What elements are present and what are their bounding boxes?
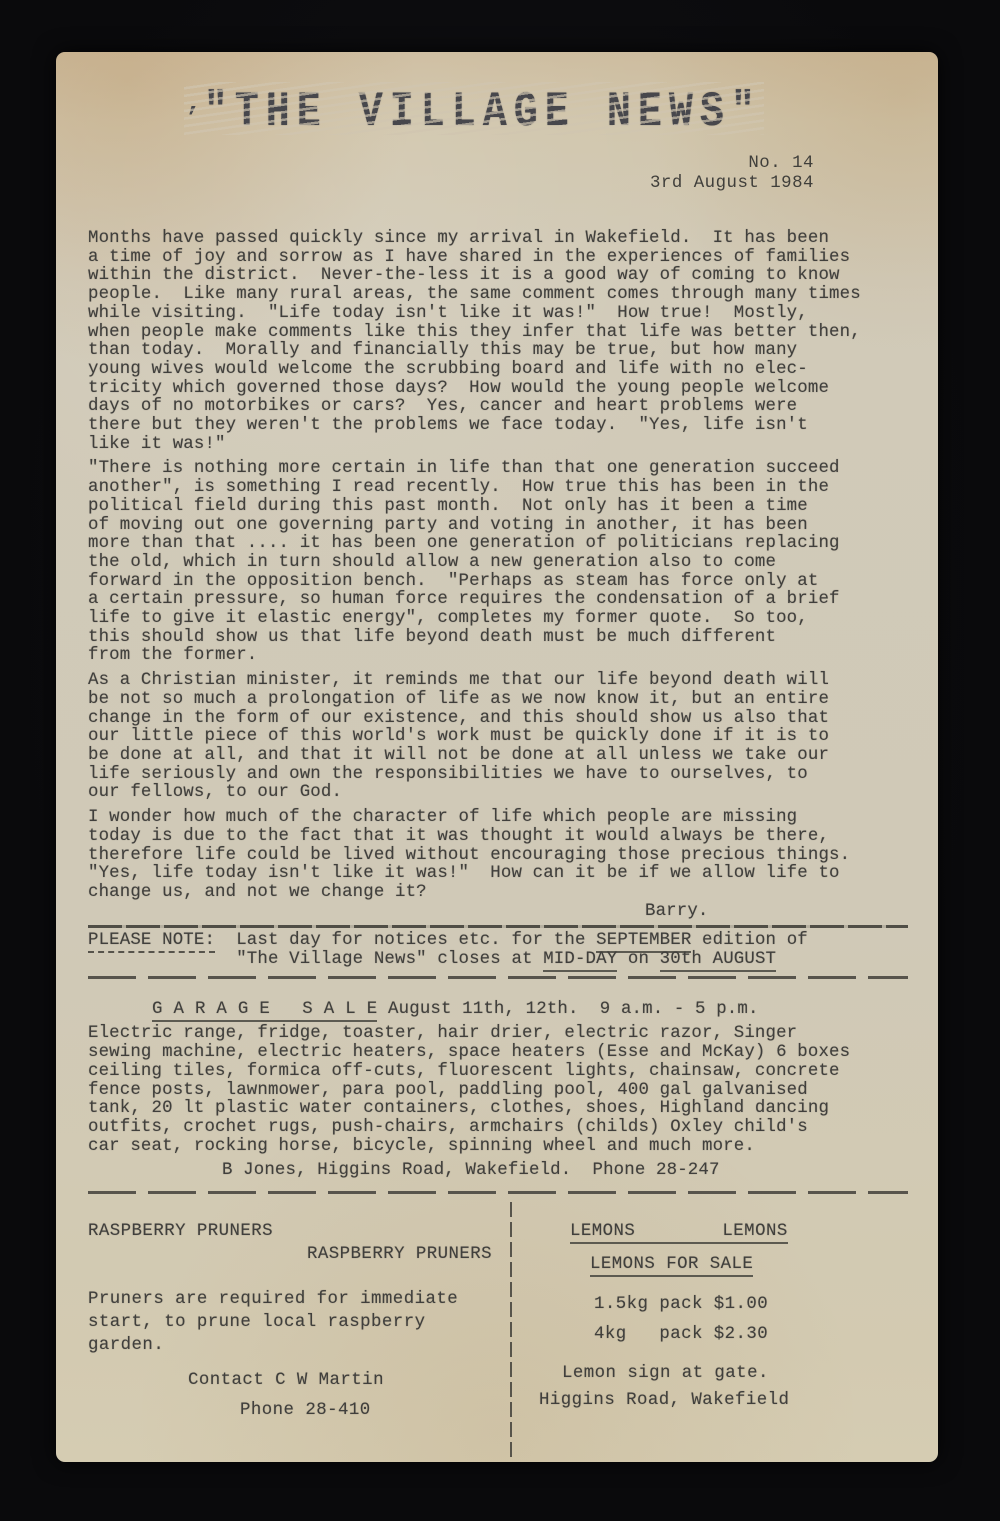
garage-sale-heading: G A R A G E S A L E August 11th, 12th. 9… (88, 1001, 908, 1020)
raspberry-title-repeat: RASPBERRY PRUNERS (307, 1243, 510, 1266)
lemons-note-1: Lemon sign at gate. (562, 1362, 908, 1385)
garage-sale-dates: August 11th, 12th. 9 a.m. - 5 p.m. (377, 1000, 758, 1019)
garage-sale-ad: G A R A G E S A L E August 11th, 12th. 9… (88, 1001, 908, 1181)
notice-text: edition of (691, 931, 807, 950)
raspberry-contact: Contact C W Martin (188, 1369, 510, 1392)
masthead-title-wrap: ,"THE VILLAGE NEWS" (186, 86, 762, 131)
raspberry-pruners-ad: RASPBERRY PRUNERS RASPBERRY PRUNERS Prun… (88, 1200, 510, 1462)
article-byline: Barry. (645, 903, 908, 922)
notice-text: Last day for notices etc. for the (215, 931, 596, 950)
issue-date: 3rd August 1984 (88, 174, 814, 194)
lemons-heading-text: LEMONS LEMONS (570, 1222, 788, 1244)
notice-line-1: PLEASE NOTE: Last day for notices etc. f… (88, 932, 908, 951)
article-paragraph-2: "There is nothing more certain in life t… (88, 460, 908, 666)
lemons-subheading: LEMONS FOR SALE (590, 1253, 908, 1276)
issue-block: No. 14 3rd August 1984 (88, 154, 908, 194)
issue-number: No. 14 (88, 154, 814, 174)
lemons-heading: LEMONS LEMONS (570, 1220, 908, 1243)
notice-box: PLEASE NOTE: Last day for notices etc. f… (88, 928, 908, 975)
masthead-prefix-mark: , (186, 88, 204, 118)
lemons-price-2: 4kg pack $2.30 (594, 1323, 908, 1346)
page-title: "THE VILLAGE NEWS" (204, 86, 762, 141)
lemons-ad: LEMONS LEMONS LEMONS FOR SALE 1.5kg pack… (512, 1200, 908, 1462)
article-paragraph-1: Months have passed quickly since my arri… (88, 230, 908, 454)
notice-text: "The Village News" closes at (88, 950, 543, 969)
scan-background: ,"THE VILLAGE NEWS" No. 14 3rd August 19… (0, 0, 1000, 1521)
masthead: ,"THE VILLAGE NEWS" (64, 86, 884, 152)
raspberry-phone: Phone 28-410 (240, 1399, 510, 1422)
classified-columns: RASPBERRY PRUNERS RASPBERRY PRUNERS Prun… (88, 1200, 908, 1462)
article-paragraph-4: I wonder how much of the character of li… (88, 809, 908, 903)
notice-bottom-rule (88, 976, 908, 979)
garage-sale-contact: B Jones, Higgins Road, Wakefield. Phone … (222, 1162, 908, 1181)
newsletter-page: ,"THE VILLAGE NEWS" No. 14 3rd August 19… (56, 52, 938, 1462)
lemons-note-2: Higgins Road, Wakefield (539, 1389, 908, 1412)
garage-sale-items: Electric range, fridge, toaster, hair dr… (88, 1025, 908, 1156)
raspberry-body: Pruners are required for immediate start… (88, 1288, 510, 1357)
garage-sale-title: G A R A G E S A L E (152, 1000, 377, 1022)
notice-underlined-date: 30th AUGUST (660, 950, 776, 972)
lemons-subheading-text: LEMONS FOR SALE (590, 1255, 753, 1277)
article-paragraph-3: As a Christian minister, it reminds me t… (88, 672, 908, 803)
notice-underlined-midday: MID-DAY (543, 950, 617, 972)
notice-text: on (617, 950, 659, 969)
raspberry-title: RASPBERRY PRUNERS (88, 1220, 510, 1243)
notice-line-2: "The Village News" closes at MID-DAY on … (88, 951, 908, 970)
page-content: ,"THE VILLAGE NEWS" No. 14 3rd August 19… (56, 86, 938, 1462)
section-divider-rule (88, 1191, 908, 1194)
lemons-price-1: 1.5kg pack $1.00 (594, 1293, 908, 1316)
editorial-article: Months have passed quickly since my arri… (88, 230, 908, 921)
